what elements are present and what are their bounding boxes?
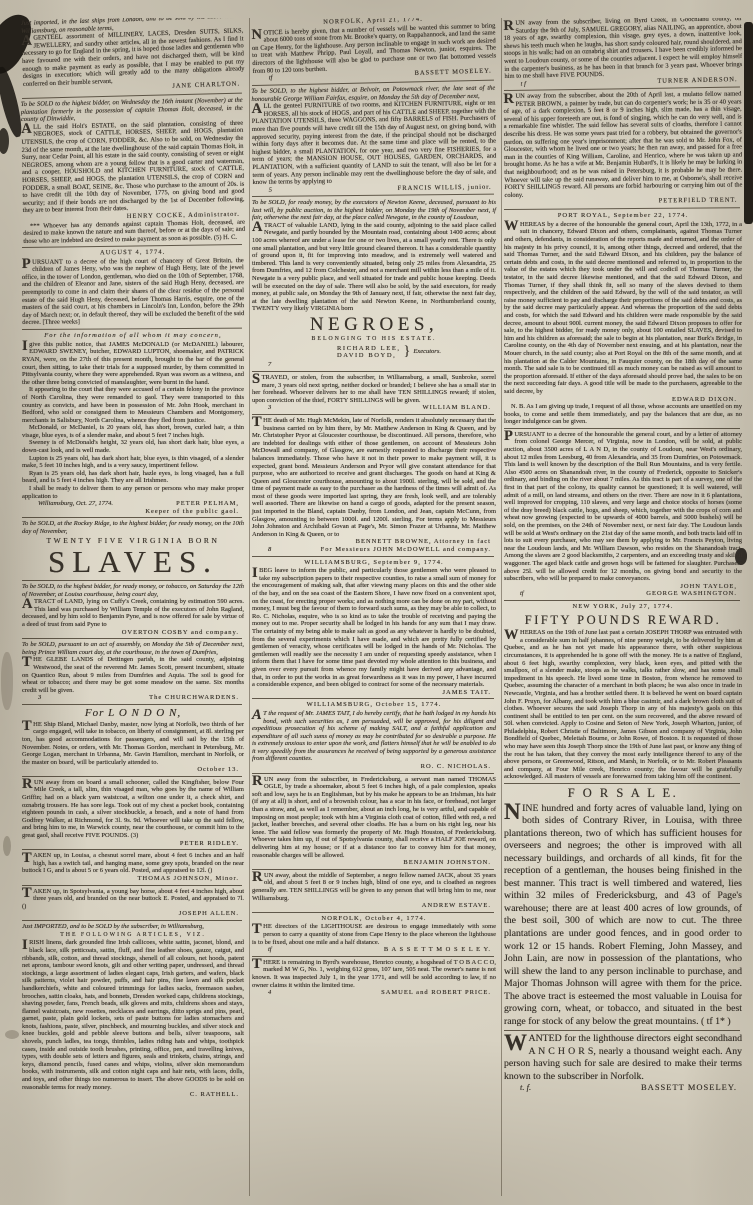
signature-note: tf: [268, 946, 272, 954]
drop-cap: N: [251, 30, 262, 42]
ad-dateline: WILLIAMSBURG, September 9, 1774.: [252, 559, 496, 567]
ad-sig: Keeper of the public gaol.: [22, 508, 244, 516]
drop-cap: T: [22, 888, 32, 900]
drop-cap: R: [22, 779, 32, 791]
signature-name: OVERTON COSBY and company.: [122, 629, 239, 637]
signature-note: Williamsburg, Oct. 27, 1774.: [38, 500, 113, 508]
ad-taken-up-mare-louisa: TAKEN up, in Louisa, a chesnut sorrel ma…: [22, 852, 244, 882]
ad-dateline: PORT ROYAL, September 22, 1774.: [504, 212, 742, 220]
ad-sig: Williamsburg, Oct. 27, 1774.PETER PELHAM…: [22, 500, 244, 508]
drop-cap: S: [252, 374, 260, 386]
drop-cap: A: [21, 124, 32, 136]
ad-runaway-peter-brown: RUN away from the subscriber, about the …: [503, 91, 742, 207]
ad-body: Ryan is 25 years old, has dark short hai…: [22, 470, 244, 485]
ad-dateline: NORFOLK, October 4, 1774.: [252, 915, 496, 923]
ad-separator-rule: [504, 428, 740, 429]
ad-body: IBEG leave to inform the public, and par…: [252, 567, 496, 689]
ad-post: *** Whoever has any demands against capt…: [23, 218, 245, 245]
drop-cap: R: [252, 872, 262, 884]
ad-sig: tfGEORGE WASHINGTON.: [504, 590, 742, 598]
ad-for-sale-louisa-land: F O R S A L E.NINE hundred and forty acr…: [504, 786, 742, 1028]
signature-name: BENJAMIN JOHNSTON.: [403, 859, 491, 867]
ad-salt-certification-nicholas: WILLIAMSBURG, October 15, 1774.AT the re…: [252, 701, 496, 770]
drop-cap: I: [22, 341, 28, 353]
ad-body: TAKEN up, in Spotsylvania, a young bay h…: [22, 888, 244, 911]
ad-sig: BENNETT BROWNE, Attorney in fact: [252, 538, 496, 546]
ad-separator-rule: [252, 371, 494, 372]
column-3: RUN away from the subscriber, living on …: [501, 18, 747, 1196]
signature-name: JAMES TAIT.: [442, 689, 491, 697]
signature-name: For Messieurs JOHN McDOWELL and company.: [321, 546, 491, 554]
ink-blot: [0, 128, 9, 154]
ad-separator-rule: [504, 1030, 740, 1031]
ad-runaway-william-griffin: RUN away from on board a small schooner,…: [22, 779, 244, 847]
drop-cap: A: [21, 35, 32, 47]
ad-sig: tfB A S S E T T M O S E L E Y.: [252, 946, 496, 954]
ad-dateline: NEW YORK, July 27, 1774.: [504, 603, 742, 611]
ad-mercer-land-sale-washington: PURSUANT to a decree of the honourable t…: [504, 431, 742, 598]
ad-display: FIFTY POUNDS REWARD.: [504, 613, 742, 629]
ad-body: ATRACT of LAND, lying on Cuffy's Creek, …: [22, 598, 244, 628]
ad-body: RUN away from on board a small schooner,…: [22, 779, 244, 840]
signature-name: TURNER ANDERSON.: [657, 76, 737, 85]
ad-body: RUN away, about the middle of September,…: [252, 872, 496, 902]
ad-dateline: For the information of all whom it may c…: [22, 332, 244, 340]
signature-name: Keeper of the public gaol.: [145, 508, 239, 516]
ad-post: N. B. As I am giving up trade, I request…: [504, 403, 742, 426]
ad-separator-rule: [252, 773, 494, 774]
paper-stain: [3, 836, 11, 856]
brace-glyph: }: [404, 344, 411, 360]
ad-sig: PETERFIELD TRENT.: [505, 197, 743, 207]
paper-stain: [5, 1030, 19, 1039]
drop-cap: A: [252, 710, 262, 722]
ad-body: WANTED for the lighthouse directors eigh…: [504, 1033, 742, 1083]
ad-sig: 8For Messieurs JOHN McDOWELL and company…: [252, 546, 496, 554]
ad-body: ALL the said Holt's ESTATE, on the said …: [21, 119, 245, 214]
ad-separator-rule: [22, 885, 242, 886]
executor-name: RICHARD LEE,: [337, 345, 401, 353]
ad-body: AGENTEEL assortment of MILLINERY, LACES,…: [21, 27, 245, 88]
ad-body: ATRACT of valuable LAND, lying in the sa…: [252, 222, 496, 313]
ad-separator-rule: [504, 783, 740, 784]
ad-display: NEGROES,: [252, 314, 496, 335]
ad-sig: 4SAMUEL and ROBERT PRICE.: [252, 989, 496, 997]
signature-note: t f: [521, 80, 526, 88]
signature-note: 5: [269, 186, 272, 194]
ad-separator-rule: [22, 517, 242, 518]
drop-cap: T: [252, 924, 262, 936]
ad-sig: 3The CHURCHWARDENS.: [22, 694, 244, 702]
signature-name: RO. C. NICHOLAS.: [421, 763, 491, 771]
signature-name: B A S S E T T M O S E L E Y.: [384, 946, 491, 954]
ad-separator-rule: [252, 698, 494, 699]
ad-separator-rule: [252, 194, 494, 197]
ad-runaway-thomas-ogle: RUN away from the subscriber, in Frederi…: [252, 776, 496, 867]
ad-body: STRAYED, or stolen, from the subscriber,…: [252, 374, 496, 404]
ad-body: RUN away from the subscriber, in Frederi…: [252, 776, 496, 860]
ad-executors: RICHARD LEE,DAVID BOYD,}Executors.: [282, 344, 496, 360]
column-1: Just imported, in the last ships from Lo…: [20, 18, 249, 1196]
drop-cap: R: [503, 94, 514, 106]
ad-body: AT the request of Mr. JAMES TAIT, I do h…: [252, 710, 496, 763]
ad-sig: 7: [252, 361, 496, 369]
signature-name: C. RATHELL.: [190, 1091, 239, 1099]
signature-name: PETER RIDLEY.: [180, 840, 239, 848]
drop-cap: R: [503, 20, 514, 32]
ad-taken-up-horse-spotsylvania: TAKEN up, in Spotsylvania, a young bay h…: [22, 888, 244, 918]
ad-sig: JOSEPH ALLEN.: [22, 910, 244, 918]
ad-separator-rule: [22, 776, 242, 777]
ad-land-sale-cuffys-creek: To be SOLD, to the highest bidder, for r…: [22, 583, 244, 636]
drop-cap: I: [22, 940, 28, 952]
signature-name: BENNETT BROWNE, Attorney in fact: [356, 538, 491, 546]
ad-holt-estate-sale: To be SOLD to the highest bidder, on Wed…: [21, 97, 246, 246]
ad-slaves-sale-rockey-ridge: To be SOLD, at the Rockey Ridge, to the …: [22, 520, 244, 578]
ad-body: RUN away from the subscriber, about the …: [503, 91, 742, 200]
ad-intro: To be SOLD, at the Rockey Ridge, to the …: [22, 520, 244, 535]
ad-separator-rule: [22, 849, 242, 850]
ad-intro: To be SOLD, to the highest bidder, for r…: [22, 583, 244, 598]
ad-tobacco-byrds-warehouse: THERE is remaining in Byrd's warehouse, …: [252, 959, 496, 997]
ad-separator-rule: [252, 869, 494, 870]
ad-body: THE directors of the LIGHTHOUSE are desi…: [252, 923, 496, 946]
ad-body: NOTICE is hereby given, that a number of…: [251, 22, 496, 75]
column-2: NORFOLK, April 21, 1774.NOTICE is hereby…: [249, 18, 501, 1196]
ad-dixon-slaves-decree: PORT ROYAL, September 22, 1774.WHEREAS b…: [504, 212, 742, 426]
ad-convicts-notice-pelham: For the information of all whom it may c…: [22, 332, 244, 515]
ad-intro: Just IMPORTED, and to be SOLD by the sub…: [22, 923, 244, 931]
signature-note: 8: [268, 546, 271, 554]
ad-body: WHEREAS on the 19th of June last past a …: [504, 629, 742, 781]
ad-separator-rule: [504, 208, 740, 211]
signature-name: PETER PELHAM,: [176, 500, 239, 508]
ad-sig: ANDREW ESTAVE.: [252, 902, 496, 910]
ad-imported-goods-rathell: Just IMPORTED, and to be SOLD by the sub…: [22, 923, 244, 1099]
ad-runaway-jack-estave: RUN away, about the middle of September,…: [252, 872, 496, 910]
signature-name: BASSETT MOSELEY.: [414, 68, 491, 78]
drop-cap: W: [504, 630, 519, 642]
signature-name: WILLIAM BLAND.: [422, 404, 491, 412]
ad-runaway-samuel-gregory: RUN away from the subscriber, living on …: [503, 18, 742, 88]
ad-separator-rule: [22, 580, 242, 581]
ad-body: IRISH linens, dark grounded fine Irish c…: [22, 939, 244, 1091]
ad-strayed-mare-bland: STRAYED, or stolen, from the subscriber,…: [252, 374, 496, 412]
signature-note: 3: [38, 694, 41, 702]
ad-sig: October 13.: [22, 766, 244, 774]
ad-intro: To be SOLD, for ready money, by the exec…: [252, 199, 496, 222]
ad-sig: JOHN TAYLOE,: [504, 583, 742, 591]
ad-body: Igive this public notice, that JAMES McD…: [22, 341, 244, 387]
drop-cap: T: [22, 657, 32, 669]
signature-name: PETERFIELD TRENT.: [659, 197, 738, 205]
ad-sig: PETER RIDLEY.: [22, 840, 244, 848]
ad-separator-rule: [252, 912, 494, 913]
signature-name: JOSEPH ALLEN.: [179, 910, 239, 918]
executors-label: Executors.: [413, 348, 441, 356]
drop-cap: T: [22, 721, 32, 733]
drop-cap: T: [22, 853, 32, 865]
newspaper-page: Just imported, in the last ships from Lo…: [0, 0, 753, 1205]
ad-body: THE GLEBE LANDS of Dettingen parish, in …: [22, 656, 244, 694]
ad-display: F O R S A L E.: [504, 786, 742, 802]
ad-millinery-jane-charlton: Just imported, in the last ships from Lo…: [21, 18, 246, 96]
drop-cap: A: [252, 222, 262, 234]
ad-body: ALL the genteel FURNITURE of two rooms, …: [251, 100, 496, 187]
ad-sig: BENJAMIN JOHNSTON.: [252, 859, 496, 867]
ad-body: It appearing to the court that they were…: [22, 386, 244, 424]
executor-name: DAVID BOYD,: [337, 352, 401, 360]
ad-separator-rule: [252, 556, 494, 557]
ad-separator-rule: [22, 920, 242, 921]
signature-note: tf: [520, 590, 524, 598]
signature-name: October 13.: [197, 766, 239, 774]
ad-glebe-lands-dettingen: To be SOLD, pursuant to an act of assemb…: [22, 641, 244, 702]
ad-display: BELONGING TO HIS ESTATE.: [252, 336, 496, 343]
ad-body: THERE is remaining in Byrd's warehouse, …: [252, 959, 496, 989]
ad-sig: 3WILLIAM BLAND.: [252, 404, 496, 412]
ad-sig: t. f.BASSETT MOSELEY.: [504, 1083, 742, 1093]
signature-note: 4: [268, 989, 271, 997]
ad-sig: EDWARD DIXON.: [504, 396, 742, 404]
ad-body: Sweney is of McDonald's height, 32 years…: [22, 439, 244, 454]
ad-body: PURSUANT to a decree of the high court o…: [22, 257, 245, 327]
ad-chancery-decree-heny: AUGUST 4, 1774.PURSUANT to a decree of t…: [22, 248, 245, 327]
signature-name: BASSETT MOSELEY.: [641, 1083, 737, 1093]
signature-name: EDWARD DIXON.: [672, 396, 737, 404]
ad-belvoir-fairfax-sale: To be SOLD, to the highest bidder, at Be…: [251, 84, 496, 194]
signature-name: JOHN TAYLOE,: [680, 583, 737, 591]
drop-cap: W: [504, 1034, 527, 1053]
ad-body: NINE hundred and forty acres of valuable…: [504, 803, 742, 1029]
signature-name: SAMUEL and ROBERT PRICE.: [381, 989, 491, 997]
ad-mcmekin-business-notice: THE death of Mr. Hugh McMekin, late of N…: [252, 417, 496, 554]
signature-note: 3: [268, 404, 271, 412]
drop-cap: R: [252, 776, 262, 788]
ad-body: THE Ship Bland, Michael Danby, master, n…: [22, 721, 244, 767]
signature-name: The CHURCHWARDENS.: [149, 694, 239, 702]
ad-dateline: THE FOLLOWING ARTICLES, VIZ.: [22, 932, 244, 939]
ad-fifty-pounds-reward-thorp: NEW YORK, July 27, 1774.FIFTY POUNDS REW…: [504, 603, 742, 781]
ad-body: THE death of Mr. Hugh McMekin, late of N…: [252, 417, 496, 539]
signature-name: GEORGE WASHINGTON.: [646, 590, 737, 598]
ad-separator-rule: [22, 638, 242, 639]
drop-cap: T: [252, 417, 262, 429]
ad-body: Lupton is 25 years old, has dark short h…: [22, 455, 244, 470]
ad-newgate-land-negroes-sale: To be SOLD, for ready money, by the exec…: [252, 199, 496, 369]
ad-lighthouse-stone-norfolk: NORFOLK, October 4, 1774.THE directors o…: [252, 915, 496, 954]
ad-body: PURSUANT to a decree of the honourable t…: [504, 431, 742, 583]
ad-separator-rule: [504, 600, 740, 601]
ad-sig: JAMES TAIT.: [252, 689, 496, 697]
ad-separator-rule: [22, 704, 242, 705]
ad-wanted-anchors: WANTED for the lighthouse directors eigh…: [504, 1033, 742, 1093]
drop-cap: I: [252, 568, 258, 580]
signature-note: t. f.: [520, 1083, 531, 1093]
drop-cap: T: [252, 959, 262, 971]
signature-name: JANE CHARLTON.: [172, 81, 240, 91]
drop-cap: A: [22, 599, 32, 611]
drop-cap: A: [251, 103, 262, 115]
ad-intro: To be SOLD, pursuant to an act of assemb…: [22, 641, 244, 656]
signature-name: ANDREW ESTAVE.: [422, 902, 491, 910]
ad-body: McDonald, or McDaniel, is 20 years old, …: [22, 424, 244, 439]
drop-cap: N: [504, 803, 521, 822]
ad-sig: C. RATHELL.: [22, 1091, 244, 1099]
signature-name: THOMAS JOHNSON, Minor.: [138, 875, 239, 883]
drop-cap: W: [504, 221, 519, 233]
paper-stain: [1, 652, 13, 710]
ad-body: TAKEN up, in Louisa, a chesnut sorrel ma…: [22, 852, 244, 875]
ad-lighthouse-vessels-norfolk: NORFOLK, April 21, 1774.NOTICE is hereby…: [251, 18, 497, 83]
ad-ship-bland-london: For L O N D O N,THE Ship Bland, Michael …: [22, 707, 244, 774]
ad-salt-works-tait: WILLIAMSBURG, September 9, 1774.IBEG lea…: [252, 559, 496, 697]
ad-display: For L O N D O N,: [22, 707, 244, 720]
ad-sig: OVERTON COSBY and company.: [22, 629, 244, 637]
ad-separator-rule: [252, 956, 494, 957]
ad-sig: THOMAS JOHNSON, Minor.: [22, 875, 244, 883]
column-container: Just imported, in the last ships from Lo…: [20, 18, 747, 1196]
signature-note: tf: [269, 75, 273, 83]
ad-sig: RO. C. NICHOLAS.: [252, 763, 496, 771]
drop-cap: P: [504, 431, 513, 443]
ad-separator-rule: [22, 328, 242, 330]
ad-body: WHEREAS by a decree of the honourable th…: [504, 221, 742, 396]
ad-dateline: WILLIAMSBURG, October 15, 1774.: [252, 701, 496, 709]
signature-note: 7: [268, 361, 271, 369]
signature-name: FRANCIS WILLIS, junior.: [398, 183, 492, 192]
ad-separator-rule: [252, 414, 494, 415]
ad-display: SLAVES.: [22, 546, 244, 578]
ad-body: I shall be ready to deliver them to any …: [22, 485, 244, 500]
ad-body: RUN away from the subscriber, living on …: [503, 18, 742, 81]
drop-cap: P: [22, 259, 31, 271]
